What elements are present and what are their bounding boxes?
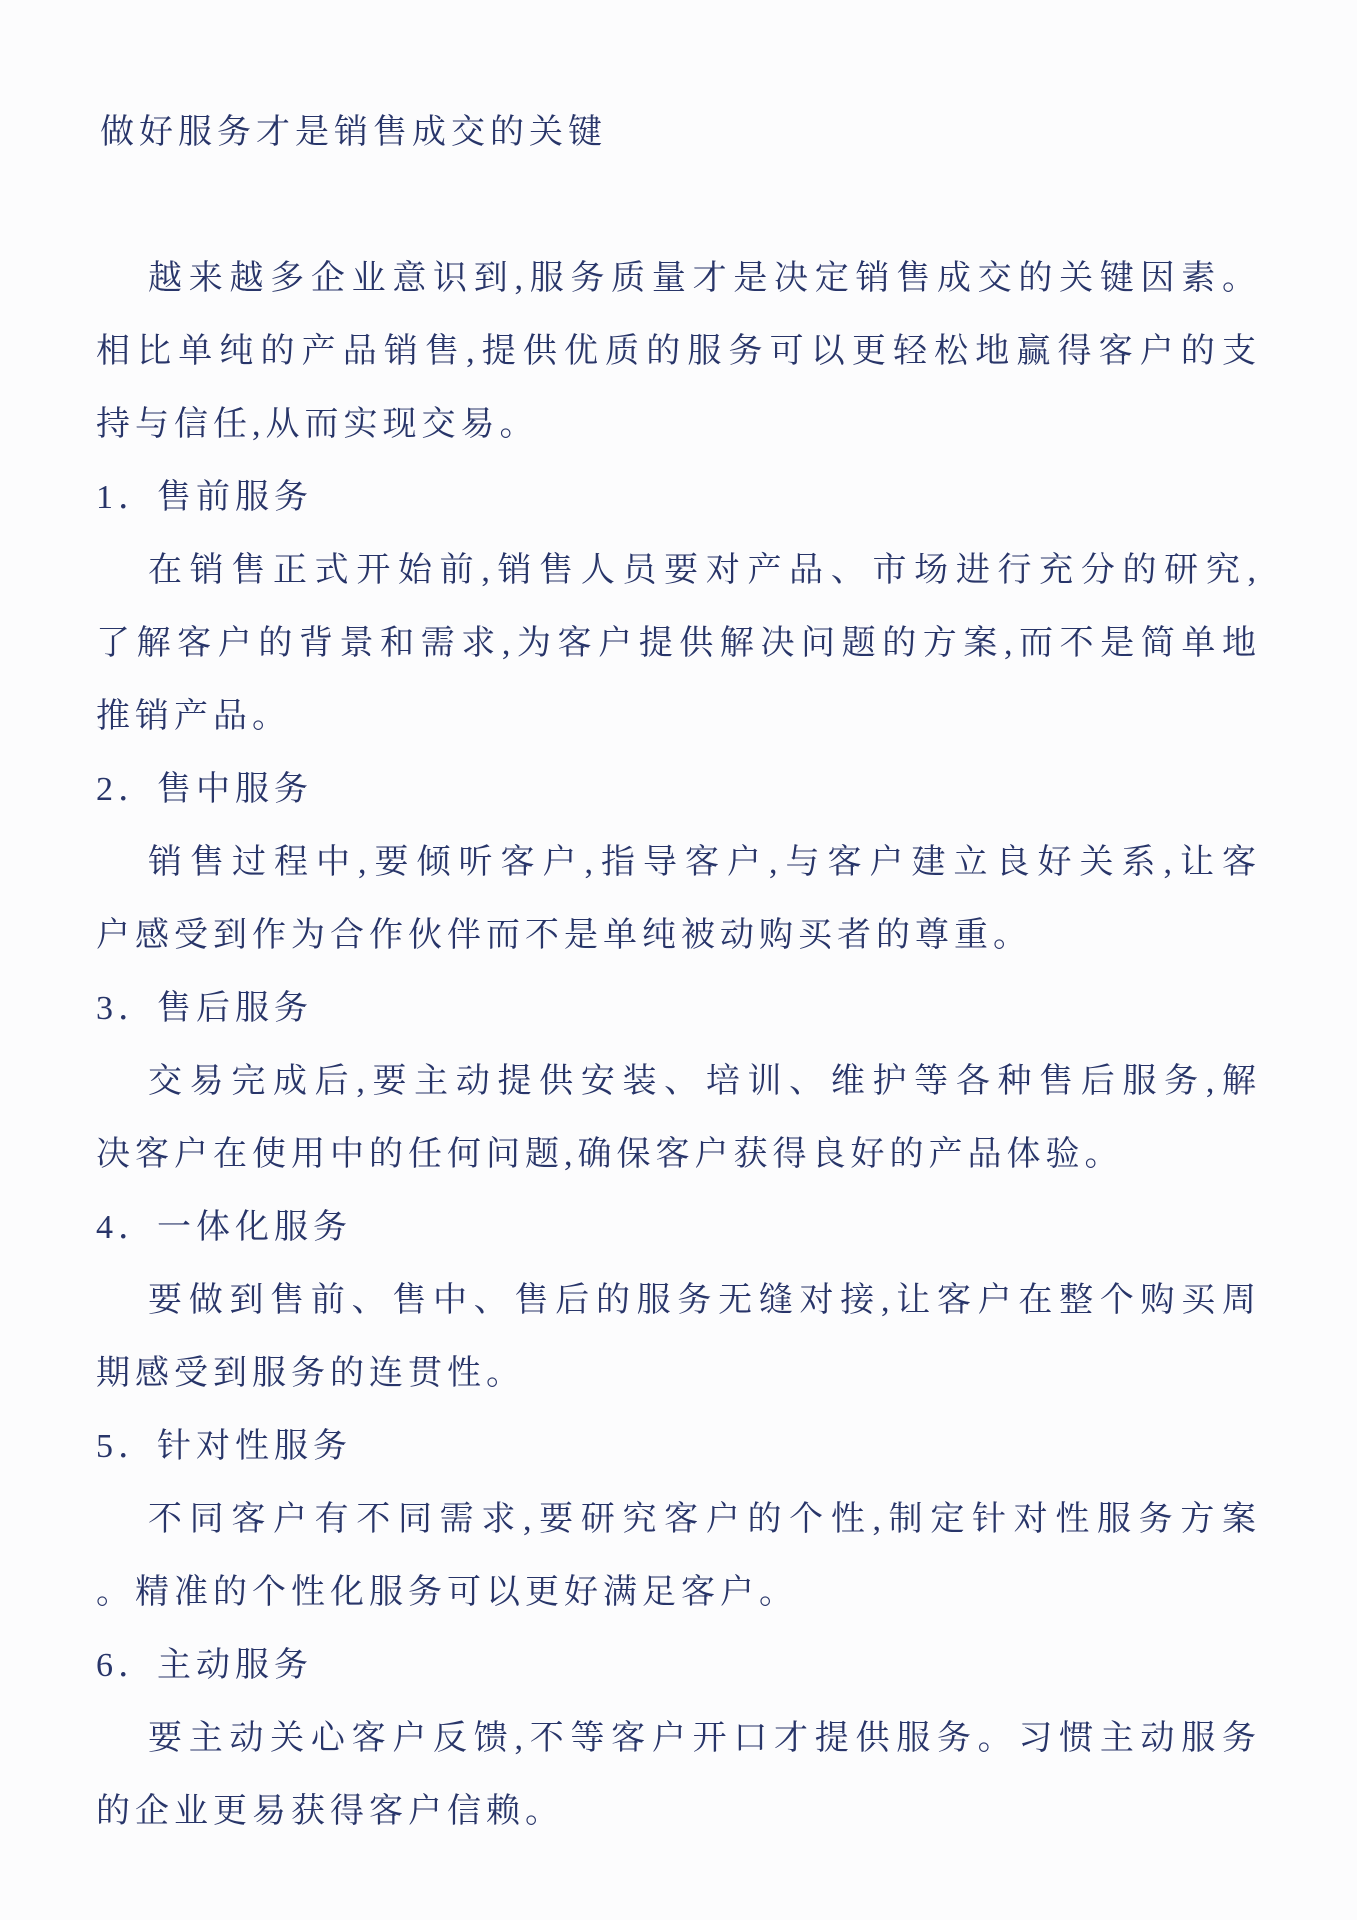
section-heading: 3．售后服务 bbox=[96, 972, 1261, 1045]
text-line: 的企业更易获得客户信赖。 bbox=[96, 1775, 1261, 1848]
section-heading: 6．主动服务 bbox=[96, 1629, 1261, 1702]
text-line: 了解客户的背景和需求,为客户提供解决问题的方案,而不是简单地 bbox=[96, 607, 1261, 680]
document-title: 做好服务才是销售成交的关键 bbox=[96, 96, 1261, 169]
text-line: 越来越多企业意识到,服务质量才是决定销售成交的关键因素。 bbox=[96, 242, 1261, 315]
section-heading: 2．售中服务 bbox=[96, 753, 1261, 826]
document-page: 做好服务才是销售成交的关键 越来越多企业意识到,服务质量才是决定销售成交的关键因… bbox=[0, 0, 1357, 1920]
text-line: 期感受到服务的连贯性。 bbox=[96, 1337, 1261, 1410]
text-line: 要做到售前、售中、售后的服务无缝对接,让客户在整个购买周 bbox=[96, 1264, 1261, 1337]
section-heading: 4．一体化服务 bbox=[96, 1191, 1261, 1264]
section-heading: 5．针对性服务 bbox=[96, 1410, 1261, 1483]
text-line: 。精准的个性化服务可以更好满足客户。 bbox=[96, 1556, 1261, 1629]
text-line: 交易完成后,要主动提供安装、培训、维护等各种售后服务,解 bbox=[96, 1045, 1261, 1118]
document-lines: 越来越多企业意识到,服务质量才是决定销售成交的关键因素。相比单纯的产品销售,提供… bbox=[96, 242, 1261, 1848]
text-line: 相比单纯的产品销售,提供优质的服务可以更轻松地赢得客户的支 bbox=[96, 315, 1261, 388]
text-line: 决客户在使用中的任何问题,确保客户获得良好的产品体验。 bbox=[96, 1118, 1261, 1191]
text-line: 户感受到作为合作伙伴而不是单纯被动购买者的尊重。 bbox=[96, 899, 1261, 972]
text-line: 要主动关心客户反馈,不等客户开口才提供服务。习惯主动服务 bbox=[96, 1702, 1261, 1775]
section-heading: 1．售前服务 bbox=[96, 461, 1261, 534]
text-line: 持与信任,从而实现交易。 bbox=[96, 388, 1261, 461]
text-line: 不同客户有不同需求,要研究客户的个性,制定针对性服务方案 bbox=[96, 1483, 1261, 1556]
text-line: 销售过程中,要倾听客户,指导客户,与客户建立良好关系,让客 bbox=[96, 826, 1261, 899]
text-line: 推销产品。 bbox=[96, 680, 1261, 753]
text-line: 在销售正式开始前,销售人员要对产品、市场进行充分的研究, bbox=[96, 534, 1261, 607]
